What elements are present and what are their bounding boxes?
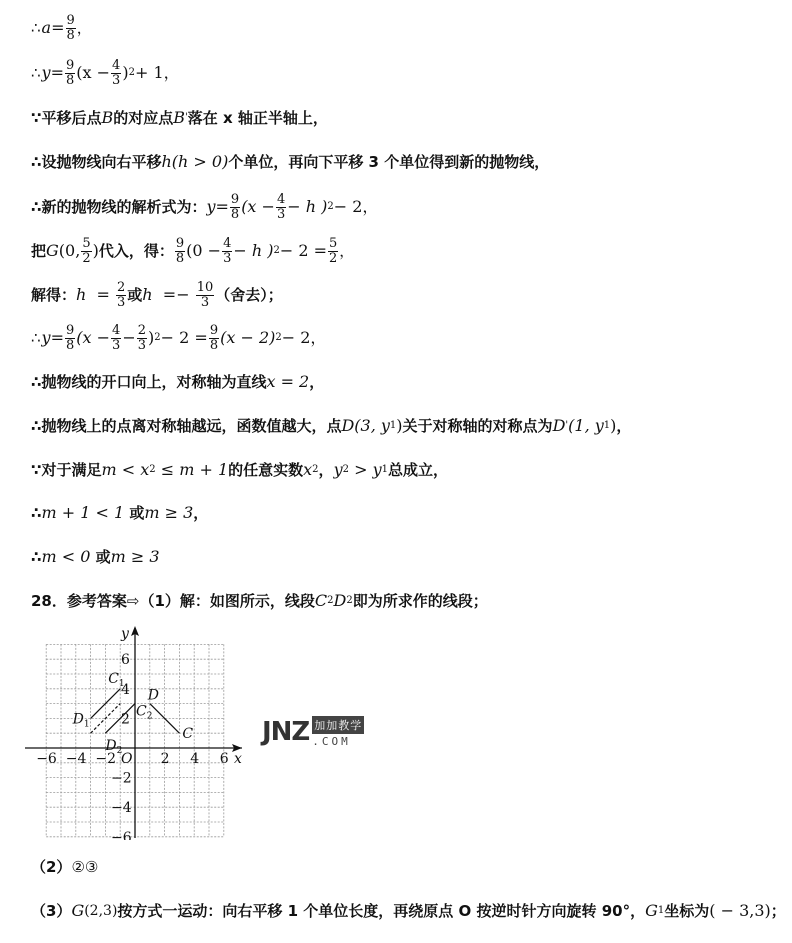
point-c: C	[315, 593, 327, 609]
condition: (h > 0)	[172, 154, 229, 170]
punct: ，	[193, 506, 208, 521]
line-new-parabola: ∴ 新的抛物线的解析式为： y = 98 (x − 43 − h )2 − 2，	[31, 193, 378, 221]
numerator: 2	[116, 281, 126, 296]
punct: ，	[616, 419, 631, 434]
answer: ②③	[71, 860, 98, 875]
line-y-expression: ∴ y = 98 (x − 43 )2 + 1，	[31, 59, 180, 87]
numerator: 9	[175, 237, 185, 252]
line-translation-condition: ∵ 平移后点 B 的对应点 B' 落在 x 轴正半轴上，	[31, 110, 328, 126]
expr-part: − 2 =	[280, 243, 327, 259]
line-symmetric-point: ∴ 抛物线上的点离对称轴越远，函数值越大，点 D(3, y1) 关于对称轴的对称…	[31, 418, 631, 434]
var-y: y	[206, 199, 215, 215]
x-tick-label: 2	[161, 751, 170, 767]
var-h: h	[142, 287, 152, 303]
y-tick-label: −6	[111, 830, 132, 840]
expr: m ≥ 3	[111, 549, 160, 565]
expr-part: − h )	[287, 199, 327, 215]
numerator: 2	[137, 324, 147, 339]
denominator: 8	[230, 208, 240, 222]
therefore-symbol: ∴	[31, 200, 41, 215]
line-final-parabola: ∴ y = 98 (x − 43 − 23 )2 − 2 = 98 (x − 2…	[31, 324, 326, 352]
expr-part: − 2 =	[161, 330, 208, 346]
punct: ，	[319, 463, 334, 478]
var-h: h	[76, 287, 86, 303]
answer-label: 参考答案	[67, 594, 127, 609]
therefore-symbol: ∴	[31, 506, 41, 521]
fraction: 98	[65, 324, 75, 352]
because-symbol: ∵	[31, 111, 41, 126]
x-tick-label: −6	[36, 751, 57, 767]
line-solve-h: 解得： h = 23 或 h =− 103 （舍去）；	[31, 281, 283, 309]
text: （1）解：如图所示，线段	[139, 594, 314, 609]
point-b-prime: B	[173, 110, 185, 126]
denominator: 3	[111, 339, 121, 353]
text: 即为所求作的线段；	[353, 594, 488, 609]
denominator: 8	[65, 339, 75, 353]
line-condition-m: ∵ 对于满足 m < x2 ≤ m + 1 的任意实数 x2 ， y2 > y1…	[31, 462, 448, 478]
text: 或	[124, 506, 144, 521]
fraction: 98	[66, 14, 76, 42]
expr: x = 2	[266, 374, 309, 390]
denominator: 8	[65, 74, 75, 88]
expr-part: − h )	[233, 243, 273, 259]
fraction: 43	[222, 237, 232, 265]
therefore-symbol: ∴	[31, 419, 41, 434]
point-label-c: C	[182, 726, 193, 742]
x-tick-label: −4	[66, 751, 87, 767]
point-d: D(3, y	[341, 418, 389, 434]
numerator: 9	[65, 324, 75, 339]
point-g: G	[71, 903, 84, 919]
x-tick-label: 6	[220, 751, 229, 767]
text: 坐标为	[664, 904, 709, 919]
denominator: 3	[111, 74, 121, 88]
origin-label: O	[121, 751, 133, 767]
point-d: D	[334, 593, 347, 609]
var-y: y	[42, 330, 51, 346]
denominator: 8	[66, 29, 76, 43]
expr: m ≥ 3	[144, 505, 193, 521]
expr: m < x	[101, 462, 149, 478]
expr: > y	[349, 462, 382, 478]
fraction: 43	[111, 324, 121, 352]
arrow-right-icon: ⇨	[127, 594, 140, 609]
part-label: （2）	[31, 860, 71, 875]
line-a-value: ∴ a = 98 ，	[31, 14, 92, 42]
fraction: 98	[230, 193, 240, 221]
text: 落在 x 轴正半轴上，	[188, 111, 328, 126]
expr-part: (x − 2)	[220, 330, 275, 346]
fraction: 43	[111, 59, 121, 87]
denominator: 8	[175, 252, 185, 266]
point-d-prime: D	[553, 418, 566, 434]
y-tick-label: 6	[121, 652, 130, 668]
text: 个单位，再向下平移 3 个单位得到新的抛物线，	[228, 155, 549, 170]
therefore-symbol: ∴	[31, 66, 41, 81]
segment	[91, 689, 121, 719]
numerator: 4	[111, 324, 121, 339]
equals: =	[51, 330, 64, 346]
text: 设抛物线向右平移	[41, 155, 161, 170]
fraction: 98	[209, 324, 219, 352]
watermark-jnz: JNZ	[262, 717, 309, 747]
text: 解得：	[31, 288, 76, 303]
therefore-symbol: ∴	[31, 550, 41, 565]
line-substitute-g: 把 G (0, 52 ) 代入，得： 98 (0 − 43 − h )2 − 2…	[31, 237, 354, 265]
text: 抛物线的开口向上，对称轴为直线	[41, 375, 266, 390]
therefore-symbol: ∴	[31, 21, 41, 36]
coord: (2,3)	[84, 904, 117, 918]
expr-part: (x −	[76, 330, 110, 346]
watermark-cn: 加加教学	[312, 716, 364, 734]
question-28-part-3: （3） G(2,3) 按方式一运动：向右平移 1 个单位长度，再绕原点 O 按逆…	[31, 903, 786, 919]
numerator: 10	[196, 281, 215, 296]
fraction: 98	[65, 59, 75, 87]
numerator: 9	[230, 193, 240, 208]
question-number: 28．	[31, 594, 67, 609]
y-tick-label: −2	[111, 771, 132, 787]
equals: =	[51, 65, 64, 81]
because-symbol: ∵	[31, 463, 41, 478]
var-h: h	[161, 154, 171, 170]
numerator: 4	[111, 59, 121, 74]
var-x2: x	[303, 462, 312, 478]
numerator: 9	[66, 14, 76, 29]
text: 平移后点	[41, 111, 101, 126]
denominator: 2	[328, 252, 338, 266]
equals: =	[51, 20, 64, 36]
expr-part: + 1，	[135, 65, 180, 81]
x-tick-label: 4	[190, 751, 199, 767]
text: （舍去）；	[215, 288, 283, 303]
var-y: y	[42, 65, 51, 81]
point-label-d2: D2	[104, 738, 122, 756]
point-label-d1: D1	[72, 711, 90, 729]
var-y2: y	[334, 462, 343, 478]
point-g1: G	[645, 903, 658, 919]
denominator: 3	[116, 296, 126, 310]
punct: ，	[77, 21, 92, 36]
expr: m + 1 < 1	[41, 505, 124, 521]
therefore-symbol: ∴	[31, 375, 41, 390]
point-label-c1: C1	[108, 671, 124, 689]
watermark-domain: .COM	[312, 735, 364, 748]
watermark-logo: JNZ 加加教学 .COM	[262, 716, 364, 748]
therefore-symbol: ∴	[31, 155, 41, 170]
numerator: 9	[65, 59, 75, 74]
y-tick-label: −4	[111, 800, 132, 816]
expr: ≤ m + 1	[156, 462, 229, 478]
expr: m < 0	[41, 549, 90, 565]
denominator: 8	[209, 339, 219, 353]
expr-part: (0 −	[186, 243, 221, 259]
denominator: 3	[222, 252, 232, 266]
denominator: 3	[137, 339, 147, 353]
numerator: 9	[209, 324, 219, 339]
coord: ( − 3,3)	[709, 903, 771, 919]
line-axis-of-symmetry: ∴ 抛物线的开口向上，对称轴为直线 x = 2 ，	[31, 374, 324, 390]
fraction: 103	[196, 281, 215, 309]
numerator: 4	[222, 237, 232, 252]
point-label-c2: C2	[136, 704, 152, 722]
equals: =	[216, 199, 229, 215]
fraction: 98	[175, 237, 185, 265]
denominator: 2	[81, 252, 91, 266]
axes	[25, 626, 242, 838]
fraction: 52	[328, 237, 338, 265]
y-axis-label: y	[120, 626, 130, 642]
expr-part: (x −	[76, 65, 110, 81]
x-axis-label: x	[234, 751, 242, 767]
line-m-inequality: ∴ m + 1 < 1 或 m ≥ 3 ，	[31, 505, 208, 521]
line-m-result: ∴ m < 0 或 m ≥ 3	[31, 549, 160, 565]
equals: =−	[153, 287, 195, 303]
var-a: a	[42, 20, 52, 36]
expr-part: (x −	[241, 199, 275, 215]
line-shift-assumption: ∴ 设抛物线向右平移 h (h > 0) 个单位，再向下平移 3 个单位得到新的…	[31, 154, 549, 170]
numerator: 5	[81, 237, 91, 252]
text: 对于满足	[41, 463, 101, 478]
part-label: （3）	[31, 904, 71, 919]
fraction: 43	[276, 193, 286, 221]
text: 新的抛物线的解析式为：	[41, 200, 206, 215]
denominator: 3	[276, 208, 286, 222]
fraction: 23	[116, 281, 126, 309]
punct: ，	[309, 375, 324, 390]
expr-part: −	[122, 330, 135, 346]
numerator: 5	[328, 237, 338, 252]
text: 抛物线上的点离对称轴越远，函数值越大，点	[41, 419, 341, 434]
text: 或	[127, 288, 142, 303]
text: 的任意实数	[228, 463, 303, 478]
punct: ；	[771, 904, 786, 919]
denominator: 3	[200, 296, 210, 310]
coord: (1, y	[568, 418, 604, 434]
text: 把	[31, 244, 46, 259]
text: 关于对称轴的对称点为	[403, 419, 553, 434]
expr-part: − 2，	[282, 330, 327, 346]
equals: =	[86, 287, 115, 303]
text: 总成立，	[388, 463, 448, 478]
point-label-d: D	[147, 688, 159, 704]
expr-part: (0,	[59, 243, 81, 259]
y-tick-label: 2	[121, 711, 130, 727]
point-b: B	[101, 110, 113, 126]
punct: ，	[339, 244, 354, 259]
text: 代入，得：	[99, 244, 174, 259]
text: 按方式一运动：向右平移 1 个单位长度，再绕原点 O 按逆时针方向旋转 90°，	[117, 904, 645, 919]
point-g: G	[46, 243, 59, 259]
text: 的对应点	[113, 111, 173, 126]
question-28-part-1: 28． 参考答案 ⇨ （1）解：如图所示，线段 C2D2 即为所求作的线段；	[31, 593, 488, 609]
text: 或	[90, 550, 110, 565]
therefore-symbol: ∴	[31, 331, 41, 346]
numerator: 4	[276, 193, 286, 208]
question-28-part-2: （2） ②③	[31, 860, 98, 875]
fraction: 23	[137, 324, 147, 352]
coordinate-graph: −6−4−2246642−2−4−6OxyCDC1D1C2D2	[20, 620, 250, 840]
fraction: 52	[81, 237, 91, 265]
expr-part: − 2，	[334, 199, 379, 215]
